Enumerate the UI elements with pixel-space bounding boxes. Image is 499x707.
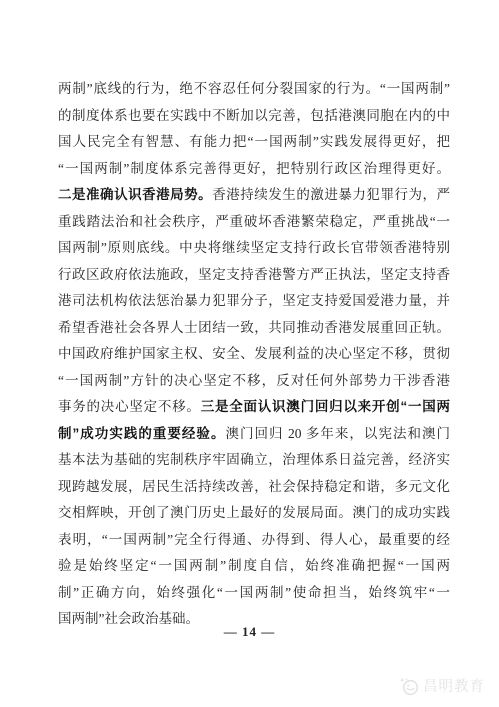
text-line: 制”正确方向，始终强化“一国两制”使命担当，始终筑牢“一 <box>58 580 450 607</box>
text-line: 的制度体系也要在实践中不断加以完善，包括港澳同胞在内的中 <box>58 103 450 130</box>
text-line: 验是始终坚定“一国两制”制度自信，始终准确把握“一国两 <box>58 553 450 580</box>
text-run: 表明，“一国两制”完全行得通、办得到、得人心，最重要的经 <box>58 532 450 547</box>
text-line: 表明，“一国两制”完全行得通、办得到、得人心，最重要的经 <box>58 527 450 554</box>
text-run: 验是始终坚定“一国两制”制度自信，始终准确把握“一国两 <box>58 558 450 573</box>
text-line: 交相辉映，开创了澳门历史上最好的发展局面。澳门的成功实践 <box>58 500 450 527</box>
text-run: 两制”底线的行为，绝不容忍任何分裂国家的行为。“一国两制” <box>58 81 450 96</box>
document-page: 两制”底线的行为，绝不容忍任何分裂国家的行为。“一国两制”的制度体系也要在实践中… <box>0 0 499 707</box>
text-run: “一国两制”制度体系完善得更好，把特别行政区治理得更好。 <box>58 161 450 176</box>
text-line: 二是准确认识香港局势。香港持续发生的激进暴力犯罪行为，严 <box>58 182 450 209</box>
body-text: 两制”底线的行为，绝不容忍任何分裂国家的行为。“一国两制”的制度体系也要在实践中… <box>58 76 450 633</box>
watermark-label: 昌明教育 <box>423 675 485 696</box>
text-run: 中国政府维护国家主权、安全、发展利益的决心坚定不移，贯彻 <box>58 346 450 361</box>
text-run: 的制度体系也要在实践中不断加以完善，包括港澳同胞在内的中 <box>58 108 450 123</box>
text-line: 行政区政府依法施政，坚定支持香港警方严正执法，坚定支持香 <box>58 262 450 289</box>
text-run: 行政区政府依法施政，坚定支持香港警方严正执法，坚定支持香 <box>58 267 450 282</box>
text-run: 重践踏法治和社会秩序，严重破坏香港繁荣稳定，严重挑战“一 <box>58 214 450 229</box>
text-run: 希望香港社会各界人士团结一致，共同推动香港发展重回正轨。 <box>58 320 450 335</box>
text-line: “一国两制”制度体系完善得更好，把特别行政区治理得更好。 <box>58 156 450 183</box>
text-run: 制”正确方向，始终强化“一国两制”使命担当，始终筑牢“一 <box>58 585 450 600</box>
bold-heading-run: 二是准确认识香港局势。 <box>58 187 212 202</box>
text-line: 两制”底线的行为，绝不容忍任何分裂国家的行为。“一国两制” <box>58 76 450 103</box>
page-number: — 14 — <box>0 624 499 640</box>
text-line: 重践踏法治和社会秩序，严重破坏香港繁荣稳定，严重挑战“一 <box>58 209 450 236</box>
text-run: 澳门回归 20 多年来，以宪法和澳门 <box>225 426 450 441</box>
text-line: 事务的决心坚定不移。三是全面认识澳门回归以来开创“一国两 <box>58 394 450 421</box>
text-run: 事务的决心坚定不移。 <box>58 399 201 414</box>
text-run: 港司法机构依法惩治暴力犯罪分子，坚定支持爱国爱港力量，并 <box>58 293 450 308</box>
text-run: “一国两制”方针的决心坚定不移，反对任何外部势力干涉香港 <box>58 373 450 388</box>
text-line: 希望香港社会各界人士团结一致，共同推动香港发展重回正轨。 <box>58 315 450 342</box>
text-run: 国人民完全有智慧、有能力把“一国两制”实践发展得更好，把 <box>58 134 450 149</box>
text-run: 现跨越发展，居民生活持续改善，社会保持稳定和谐，多元文化 <box>58 479 450 494</box>
text-line: 现跨越发展，居民生活持续改善，社会保持稳定和谐，多元文化 <box>58 474 450 501</box>
text-run: 国两制”原则底线。中央将继续坚定支持行政长官带领香港特别 <box>58 240 450 255</box>
text-line: 国人民完全有智慧、有能力把“一国两制”实践发展得更好，把 <box>58 129 450 156</box>
crescent-face-logo-icon <box>399 676 419 696</box>
text-line: 国两制”原则底线。中央将继续坚定支持行政长官带领香港特别 <box>58 235 450 262</box>
text-run: 交相辉映，开创了澳门历史上最好的发展局面。澳门的成功实践 <box>58 505 450 520</box>
watermark: 昌明教育 <box>399 675 485 696</box>
text-line: 港司法机构依法惩治暴力犯罪分子，坚定支持爱国爱港力量，并 <box>58 288 450 315</box>
bold-heading-run: 制”成功实践的重要经验。 <box>58 426 225 441</box>
text-line: 基本法为基础的宪制秩序牢固确立，治理体系日益完善，经济实 <box>58 447 450 474</box>
text-run: 香港持续发生的激进暴力犯罪行为，严 <box>212 187 450 202</box>
text-line: 中国政府维护国家主权、安全、发展利益的决心坚定不移，贯彻 <box>58 341 450 368</box>
text-line: “一国两制”方针的决心坚定不移，反对任何外部势力干涉香港 <box>58 368 450 395</box>
text-run: 基本法为基础的宪制秩序牢固确立，治理体系日益完善，经济实 <box>58 452 450 467</box>
text-line: 制”成功实践的重要经验。澳门回归 20 多年来，以宪法和澳门 <box>58 421 450 448</box>
bold-heading-run: 三是全面认识澳门回归以来开创“一国两 <box>201 399 450 414</box>
